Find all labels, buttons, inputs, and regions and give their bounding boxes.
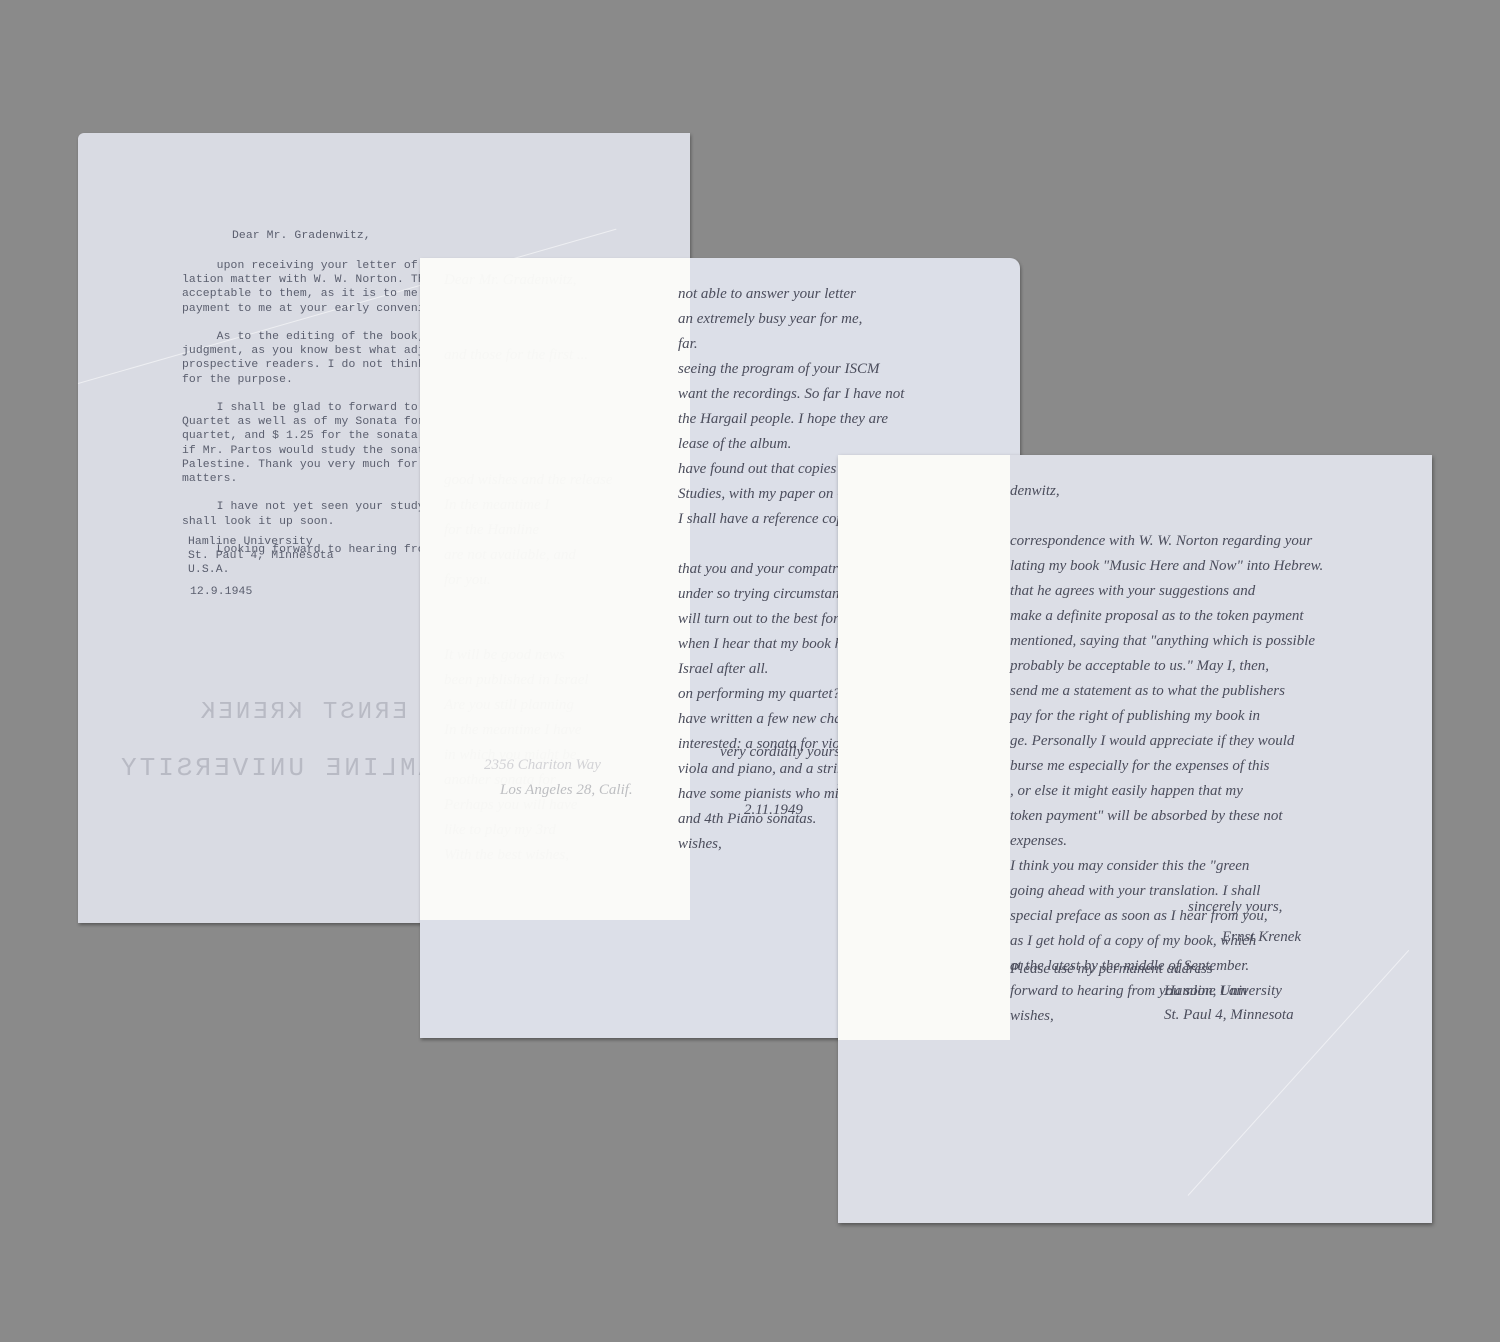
ghost-letterhead: HAMLINE UNIVERSITY: [118, 753, 453, 783]
closing: sincerely yours,: [1188, 895, 1282, 920]
address-line: Los Angeles 28, Calif.: [500, 778, 633, 803]
signature: Ernst Krenek: [1222, 925, 1301, 950]
address-line: St. Paul 4, Minnesota: [1164, 1003, 1294, 1028]
address-line: U.S.A.: [188, 563, 230, 577]
letter-date: 2.11.1949: [744, 798, 803, 823]
address-line: Hamline University: [1164, 979, 1282, 1004]
address-line: 2356 Chariton Way: [484, 753, 601, 778]
paper-overlay: [838, 455, 1010, 1040]
address-line: Hamline University: [188, 535, 313, 549]
handwritten-letter-right: denwitz, correspondence with W. W. Norto…: [838, 455, 1432, 1223]
letter-date: 12.9.1945: [190, 585, 252, 599]
salutation: Dear Mr. Gradenwitz,: [232, 229, 371, 243]
address-line: St. Paul 4, Minnesota: [188, 549, 334, 563]
paper-overlay: [420, 258, 690, 920]
ghost-letterhead: ERNST KRENEK: [198, 699, 407, 726]
closing: very cordially yours,: [720, 740, 844, 765]
